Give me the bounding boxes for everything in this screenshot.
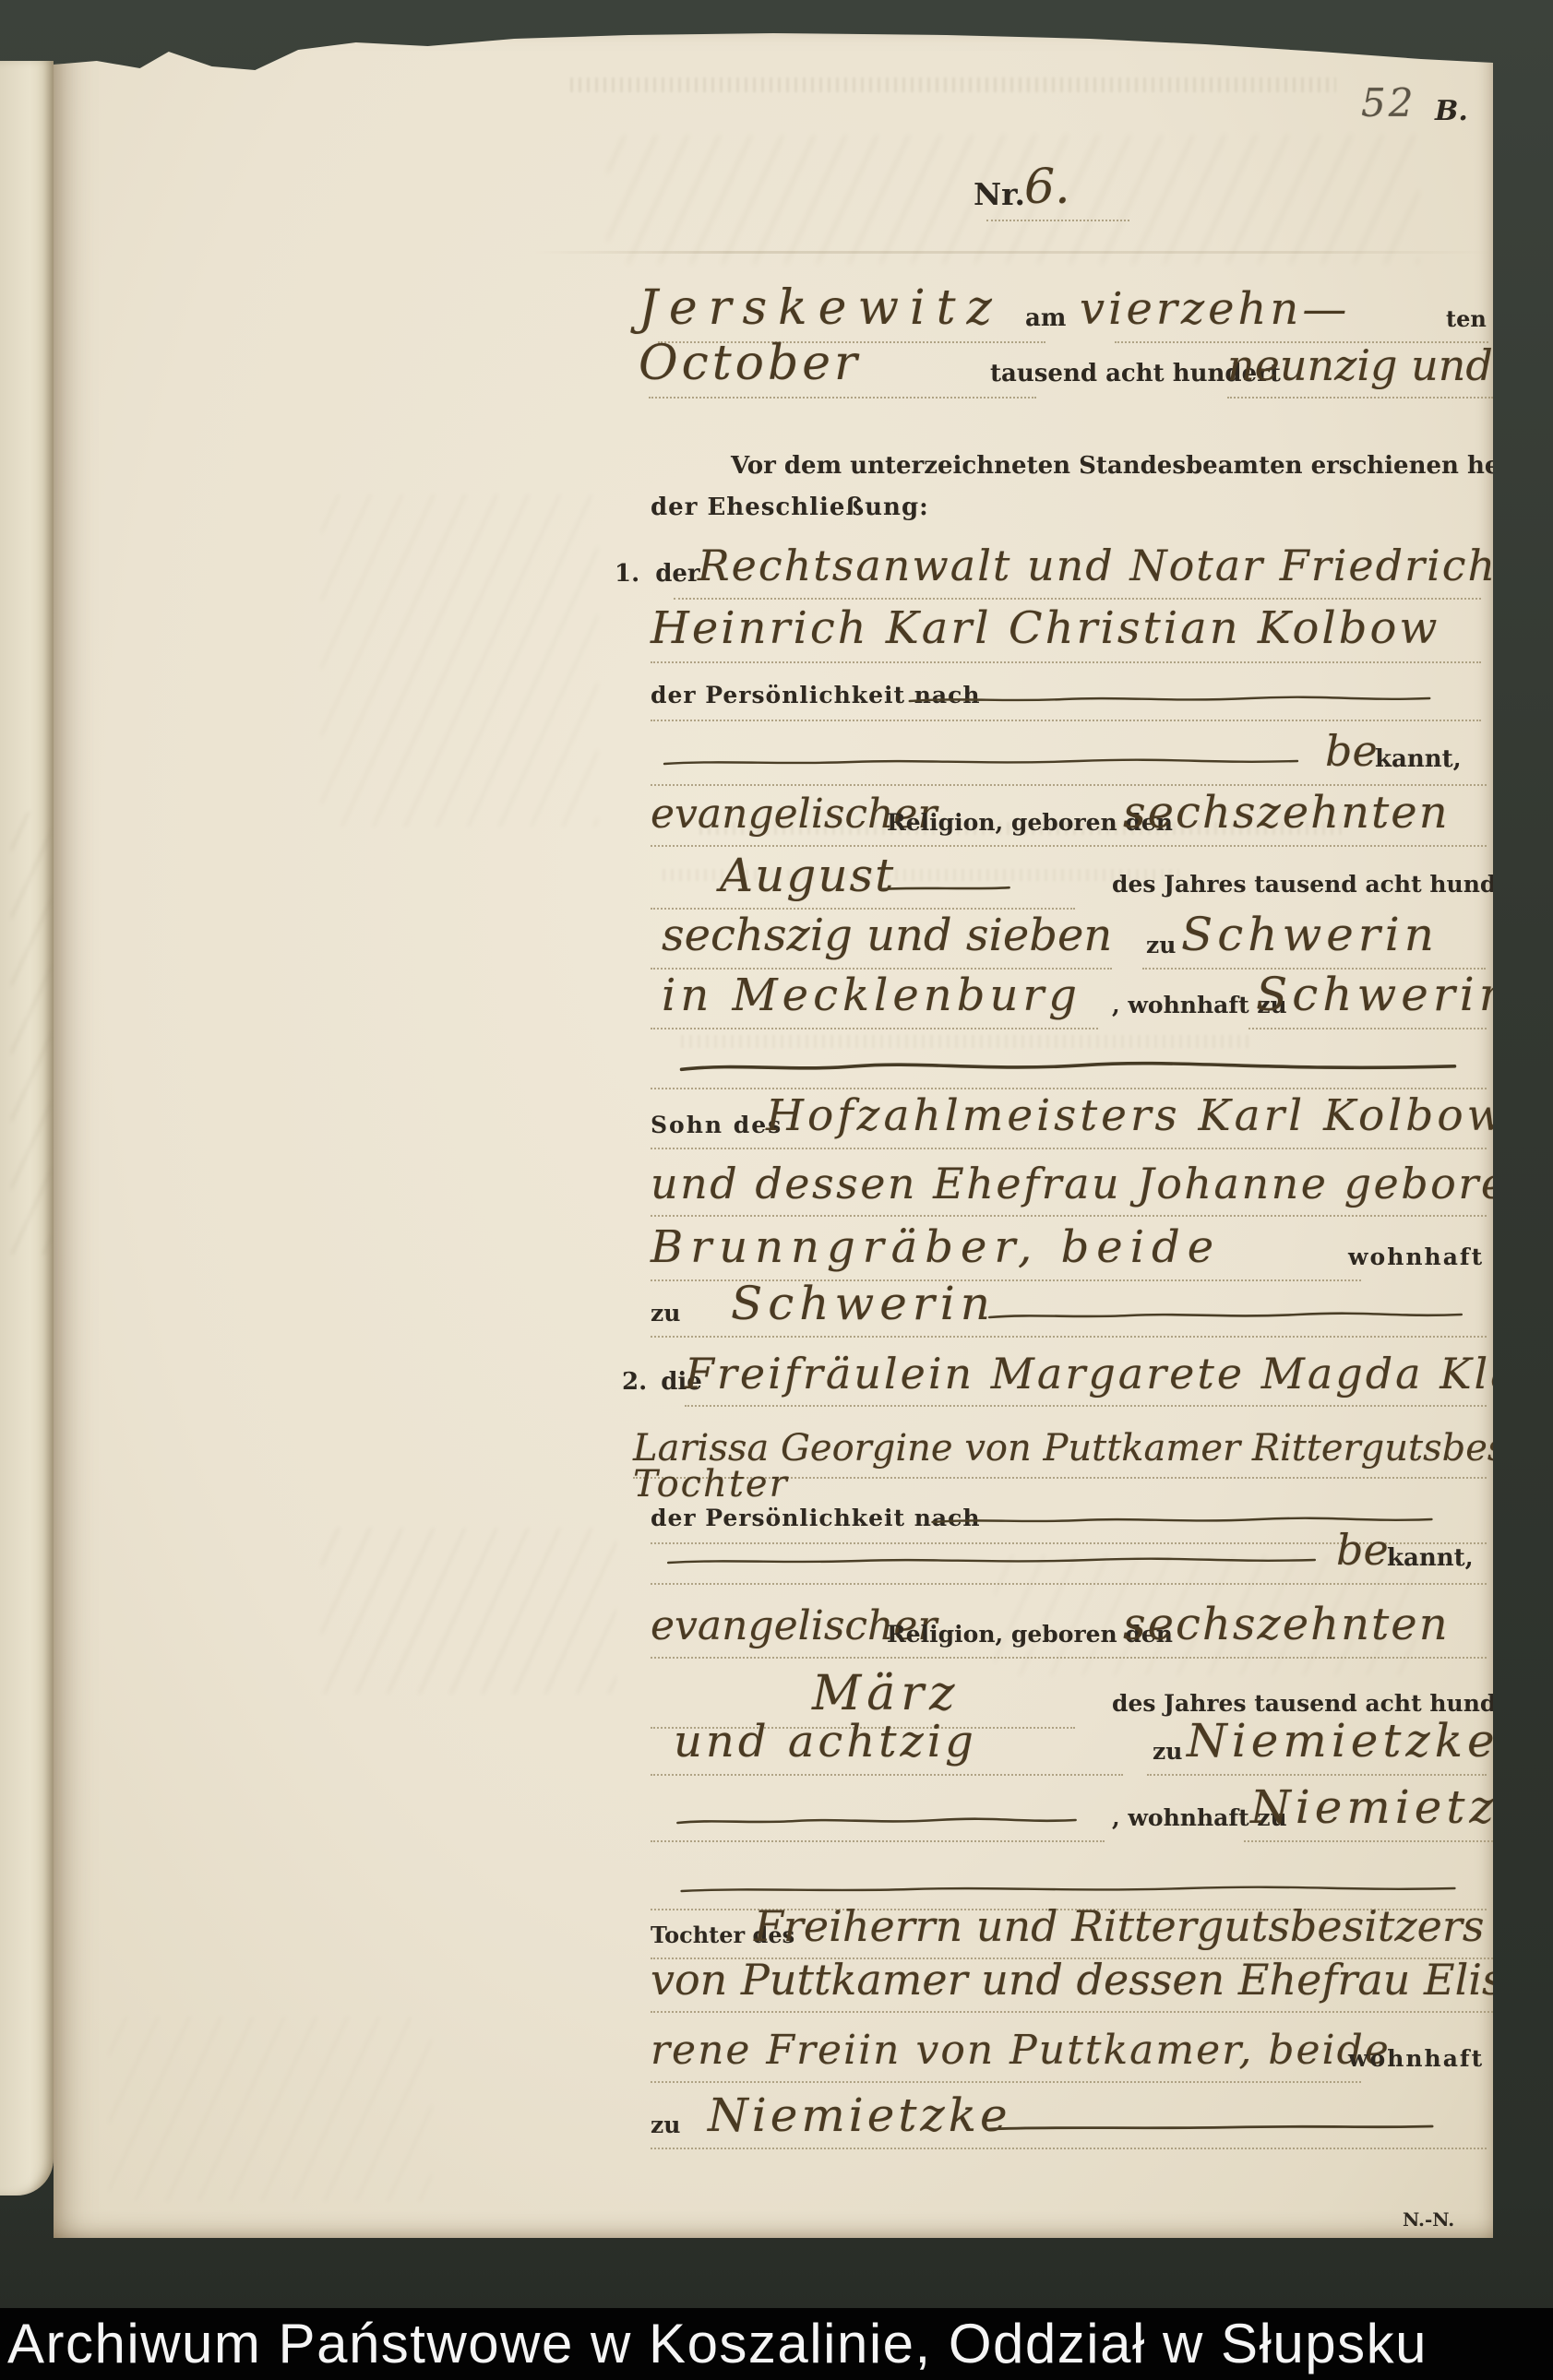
bride-father-line1: Freiherrn und Rittergutsbesitzers Fri <box>754 1905 1553 1947</box>
groom-zu-label: zu <box>1146 934 1176 957</box>
dotted-rule <box>651 1657 1487 1659</box>
record-number-label: Nr. <box>974 179 1025 209</box>
bride-birth-place: Niemietzke <box>1187 1718 1499 1764</box>
registrar-mark: N.-N. <box>1403 2210 1454 2229</box>
paper-crease <box>533 251 1493 254</box>
ink-stroke <box>674 1815 1080 1827</box>
ink-stroke <box>658 756 1304 768</box>
bleedthrough-mark <box>570 77 1336 92</box>
intro-line-1: Vor dem unterzeichneten Standesbeamten e… <box>731 454 1553 478</box>
groom-birth-year: sechszig und sieben <box>662 913 1112 958</box>
bride-residence: Niemietzke <box>1250 1784 1553 1830</box>
dotted-rule <box>651 1215 1487 1217</box>
groom-parents-residence: Schwerin <box>731 1280 996 1327</box>
groom-wohnhaft-label: wohnhaft <box>1348 1245 1484 1268</box>
groom-father: Hofzahlmeisters Karl Kolbow <box>766 1094 1508 1137</box>
folio-letter: B. <box>1435 98 1468 125</box>
bleedthrough-mark <box>321 1528 616 1694</box>
groom-mother-line2: Brunngräber, beide <box>651 1225 1221 1269</box>
dotted-rule <box>651 661 1481 663</box>
bride-mother: rene Freiin von Puttkamer, beide <box>651 2030 1391 2071</box>
bride-be: be <box>1336 1529 1389 1571</box>
bleedthrough-mark <box>681 1035 1253 1048</box>
groom-zu2-label: zu <box>651 1302 680 1325</box>
bride-birth-month: März <box>812 1670 961 1718</box>
dotted-rule <box>651 1583 1487 1585</box>
archive-caption: Archiwum Państwowe w Koszalinie, Oddział… <box>0 2316 1428 2372</box>
dotted-rule <box>1147 1774 1487 1776</box>
bride-zu2-label: zu <box>651 2113 680 2136</box>
groom-son-label: Sohn des <box>651 1113 782 1136</box>
dotted-rule <box>651 720 1481 721</box>
dotted-rule <box>651 1774 1123 1776</box>
bride-father-line2: von Puttkamer und dessen Ehefrau Elise g… <box>651 1958 1553 2001</box>
year-name: neunzig und acht <box>1227 344 1553 387</box>
place-name: Jerskewitz <box>639 284 1003 332</box>
dotted-rule <box>651 845 1487 847</box>
groom-birth-place: Schwerin <box>1181 911 1439 958</box>
bride-birth-day: sechszehnten <box>1123 1602 1450 1647</box>
dotted-rule <box>1227 397 1493 399</box>
groom-kannt-label: kannt, <box>1375 747 1462 771</box>
ten-label: ten <box>1446 308 1487 330</box>
groom-birth-region: in Mecklenburg <box>662 973 1081 1017</box>
document-page: 52 B. Nr. 6. Jerskewitz am vierzehn— ten… <box>54 33 1493 2238</box>
archive-caption-bar: Archiwum Państwowe w Koszalinie, Oddział… <box>0 2308 1553 2380</box>
ink-stroke <box>881 884 1010 893</box>
scan-background: 52 B. Nr. 6. Jerskewitz am vierzehn— ten… <box>0 0 1553 2380</box>
bride-birth-year: und achtzig <box>674 1720 977 1764</box>
ink-stroke <box>985 2122 1437 2133</box>
record-number-value: 6. <box>1024 163 1070 211</box>
dotted-rule <box>651 2148 1487 2149</box>
groom-year-label: des Jahres tausend acht hundert <box>1112 873 1534 896</box>
bride-zu-label: zu <box>1153 1740 1182 1763</box>
groom-birth-month: August <box>720 852 895 898</box>
bride-titles: Freifräulein Margarete Magda Klara <box>685 1352 1553 1395</box>
ink-stroke <box>662 1555 1321 1566</box>
groom-mother-line1: und dessen Ehefrau Johanne geborenen <box>651 1162 1553 1205</box>
bride-kannt-label: kannt, <box>1387 1546 1474 1570</box>
groom-birth-day: sechszehnten <box>1123 791 1450 835</box>
dotted-rule <box>651 1840 1105 1842</box>
groom-item-label: 1. der <box>615 562 700 586</box>
dotted-rule <box>685 1405 1487 1407</box>
bride-parents-residence: Niemietzke <box>708 2092 1011 2138</box>
dotted-rule <box>986 220 1129 221</box>
dotted-rule <box>651 1148 1487 1149</box>
dotted-rule <box>651 1028 1098 1029</box>
dotted-rule <box>1248 1028 1487 1029</box>
dotted-rule <box>674 598 1481 600</box>
dotted-rule <box>1244 1840 1493 1842</box>
dotted-rule <box>649 397 1036 399</box>
bride-name: Larissa Georgine von Puttkamer Rittergut… <box>633 1430 1553 1467</box>
folio-number: 52 <box>1361 84 1416 123</box>
bleedthrough-mark <box>109 2017 432 2201</box>
intro-line-2: der Eheschließung: <box>651 495 929 519</box>
month-name: October <box>639 339 861 387</box>
bleedthrough-mark <box>321 494 598 827</box>
ink-stroke <box>985 1310 1466 1321</box>
dotted-rule <box>651 784 1487 786</box>
groom-name: Heinrich Karl Christian Kolbow <box>651 606 1440 650</box>
dotted-rule <box>651 1336 1487 1338</box>
ink-stroke <box>904 694 1435 705</box>
bride-year-label: des Jahres tausend acht hundert <box>1112 1692 1534 1715</box>
adjacent-page-edge <box>0 61 54 2196</box>
bride-wohnhaft-label: wohnhaft <box>1348 2047 1484 2070</box>
groom-residence: Schwerin <box>1256 971 1513 1017</box>
am-label: am <box>1025 306 1066 330</box>
groom-titles: Rechtsanwalt und Notar Friedrich <box>698 544 1497 587</box>
dotted-rule <box>651 2081 1361 2083</box>
ink-stroke <box>674 1061 1463 1074</box>
bride-name-2: Tochter <box>633 1466 789 1503</box>
day-name: vierzehn— <box>1080 287 1350 331</box>
ink-stroke <box>674 1884 1463 1895</box>
dotted-rule <box>651 1088 1487 1089</box>
groom-be: be <box>1325 730 1378 772</box>
dotted-rule <box>651 2011 1493 2013</box>
